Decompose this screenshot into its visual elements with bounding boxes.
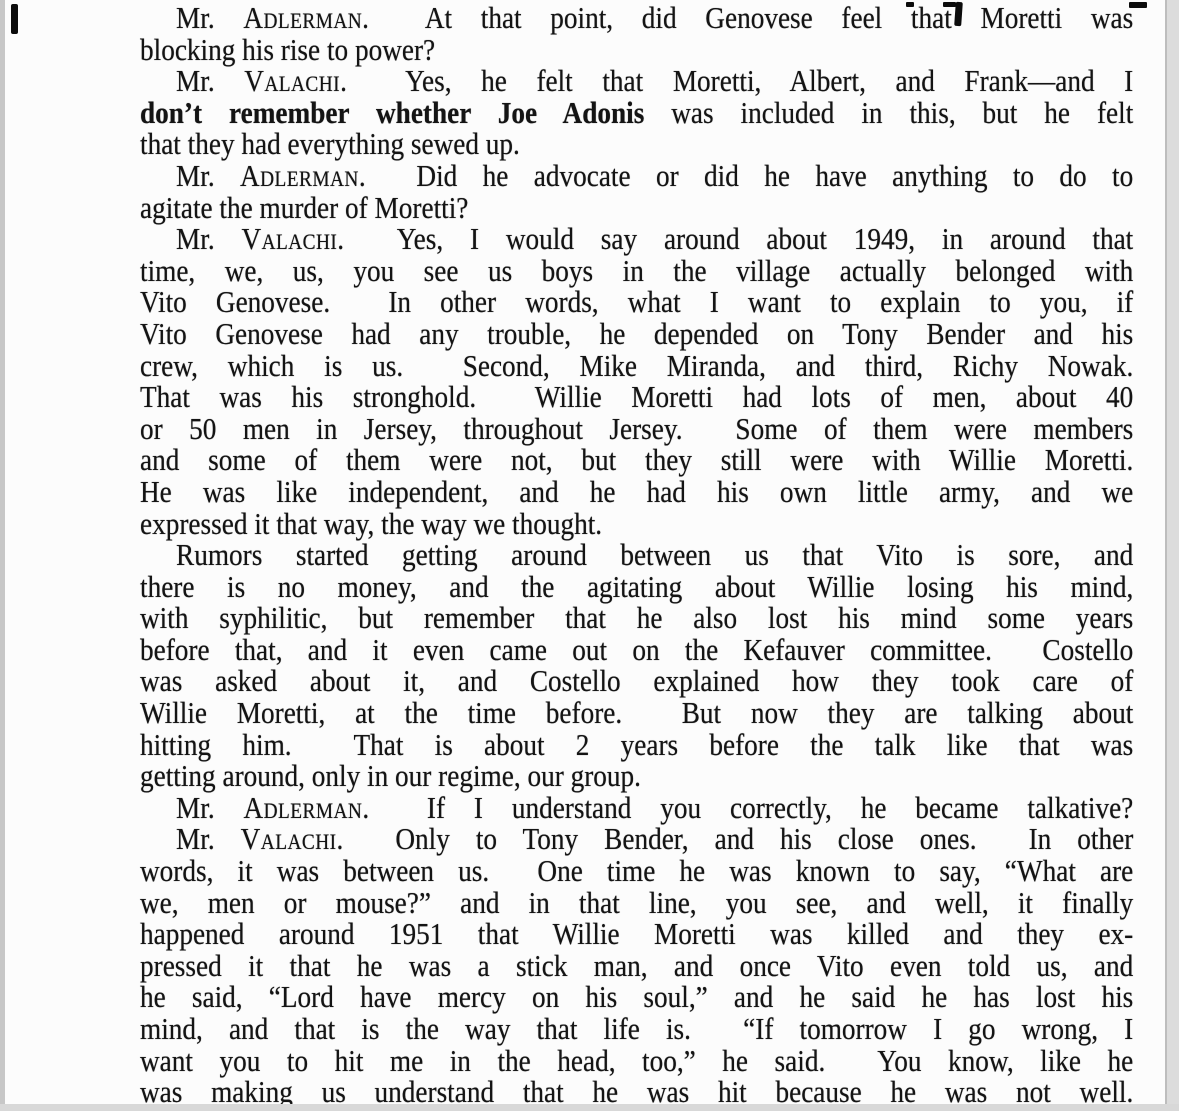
text-line: agitate the murder of Moretti? [140,192,1133,224]
text-run: Mr. [176,158,240,193]
text-line: that they had everything sewed up. [140,128,1133,160]
text-line: there is no money, and the agitating abo… [140,571,1133,603]
scan-artifact-topleft-bar [11,4,18,34]
text-run: Vito Genovese. In other words, what I wa… [140,284,1133,319]
text-run: blocking his rise to power? [140,32,435,67]
text-line: getting around, only in our regime, our … [140,760,1133,792]
text-run: time, we, us, you see us boys in the vil… [140,253,1133,288]
text-line: Vito Genovese. In other words, what I wa… [140,286,1133,318]
text-run: He was like independent, and he had his … [140,474,1133,509]
speaker-name: Valachi [244,63,340,98]
text-run: was asked about it, and Costello explain… [140,663,1133,698]
text-line: mind, and that is the way that life is. … [140,1013,1133,1045]
document-page: Mr. Adlerman. At that point, did Genoves… [5,0,1165,1104]
scan-edge-left [0,0,5,1111]
scan-edge-bottom [0,1104,1179,1111]
text-block: Mr. Adlerman. At that point, did Genoves… [140,2,1133,1108]
text-run: or 50 men in Jersey, throughout Jersey. … [140,411,1133,446]
text-line: pressed it that he was a stick man, and … [140,950,1133,982]
text-run: Rumors started getting around between us… [176,537,1133,572]
text-line: or 50 men in Jersey, throughout Jersey. … [140,413,1133,445]
text-run: words, it was between us. One time he wa… [140,853,1133,888]
text-run: . Did he advocate or did he have anythin… [359,158,1133,193]
text-line: don’t remember whether Joe Adonis was in… [140,97,1133,129]
text-run: Mr. [176,821,241,856]
text-line: happened around 1951 that Willie Moretti… [140,918,1133,950]
text-run: Mr. [176,63,244,98]
text-line: expressed it that way, the way we though… [140,508,1133,540]
text-run: . Only to Tony Bender, and his close one… [336,821,1133,856]
text-run: Mr. [176,221,241,256]
text-run: Vito Genovese had any trouble, he depend… [140,316,1133,351]
text-run: crew, which is us. Second, Mike Miranda,… [140,348,1133,383]
text-line: we, men or mouse?” and in that line, you… [140,887,1133,919]
speaker-name: Adlerman [244,790,363,825]
text-line: He was like independent, and he had his … [140,476,1133,508]
text-line: Mr. Valachi. Yes, he felt that Moretti, … [140,65,1133,97]
text-line: Rumors started getting around between us… [140,539,1133,571]
emphasized-text: don’t remember whether Joe Adonis [140,95,644,130]
text-line: was asked about it, and Costello explain… [140,665,1133,697]
text-run: . Yes, I would say around about 1949, in… [337,221,1133,256]
text-line: Mr. Valachi. Only to Tony Bender, and hi… [140,823,1133,855]
text-line: he said, “Lord have mercy on his soul,” … [140,981,1133,1013]
text-line: and some of them were not, but they stil… [140,444,1133,476]
text-run: . If I understand you correctly, he beca… [362,790,1133,825]
text-run: mind, and that is the way that life is. … [140,1011,1133,1046]
text-run: Willie Moretti, at the time before. But … [140,695,1133,730]
text-line: hitting him. That is about 2 years befor… [140,729,1133,761]
text-line: Vito Genovese had any trouble, he depend… [140,318,1133,350]
text-run: expressed it that way, the way we though… [140,506,602,541]
text-run: Mr. [176,0,243,35]
text-line: time, we, us, you see us boys in the vil… [140,255,1133,287]
text-run: we, men or mouse?” and in that line, you… [140,885,1133,920]
text-run: . At that point, did Genovese feel that … [362,0,1133,35]
text-run: that they had everything sewed up. [140,126,520,161]
text-run: happened around 1951 that Willie Moretti… [140,916,1133,951]
text-line: Mr. Adlerman. If I understand you correc… [140,792,1133,824]
text-line: Willie Moretti, at the time before. But … [140,697,1133,729]
text-line: with syphilitic, but remember that he al… [140,602,1133,634]
text-line: Mr. Valachi. Yes, I would say around abo… [140,223,1133,255]
text-run: there is no money, and the agitating abo… [140,569,1133,604]
text-run: with syphilitic, but remember that he al… [140,600,1133,635]
text-run: and some of them were not, but they stil… [140,442,1133,477]
text-line: want you to hit me in the head, too,” he… [140,1045,1133,1077]
text-line: before that, and it even came out on the… [140,634,1133,666]
text-run: before that, and it even came out on the… [140,632,1133,667]
text-run: want you to hit me in the head, too,” he… [140,1043,1133,1078]
speaker-name: Valachi [241,821,337,856]
text-run: pressed it that he was a stick man, and … [140,948,1133,983]
speaker-name: Valachi [241,221,337,256]
text-run: he said, “Lord have mercy on his soul,” … [140,979,1133,1014]
text-run: . Yes, he felt that Moretti, Albert, and… [340,63,1133,98]
text-run: getting around, only in our regime, our … [140,758,641,793]
text-run: That was his stronghold. Willie Moretti … [140,379,1133,414]
speaker-name: Adlerman [243,0,362,35]
text-line: blocking his rise to power? [140,34,1133,66]
text-line: That was his stronghold. Willie Moretti … [140,381,1133,413]
text-line: Mr. Adlerman. Did he advocate or did he … [140,160,1133,192]
text-run: Mr. [176,790,243,825]
text-run: agitate the murder of Moretti? [140,190,468,225]
text-run: hitting him. That is about 2 years befor… [140,727,1133,762]
text-line: words, it was between us. One time he wa… [140,855,1133,887]
text-line: crew, which is us. Second, Mike Miranda,… [140,350,1133,382]
scan-edge-right [1165,0,1179,1111]
text-run: was included in this, but he felt [644,95,1133,130]
speaker-name: Adlerman [240,158,359,193]
text-line: Mr. Adlerman. At that point, did Genoves… [140,2,1133,34]
